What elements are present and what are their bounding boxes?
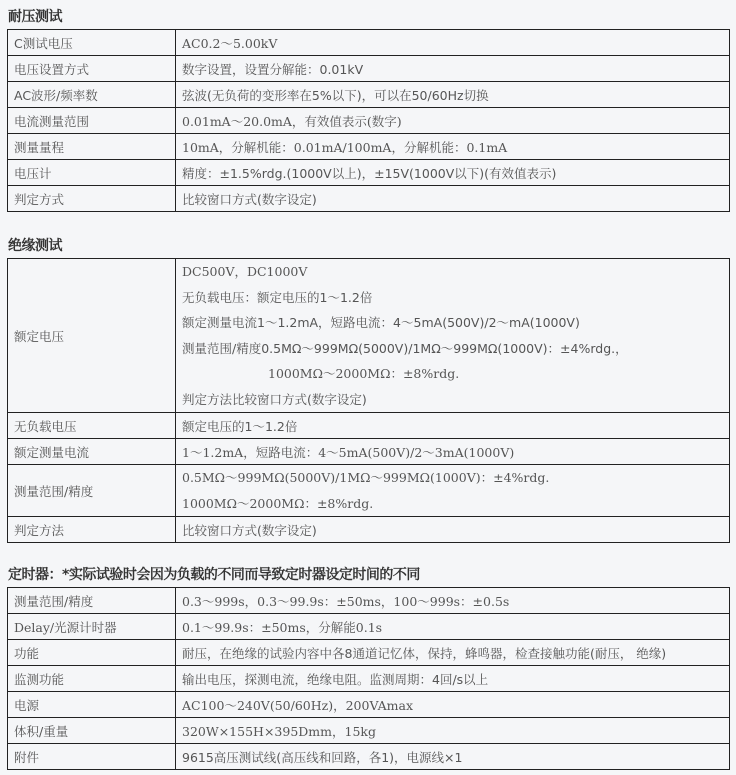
- table-row: 额定电压 DC500V，DC1000V 无负载电压：额定电压的1～1.2倍 额定…: [8, 259, 730, 413]
- table-row: 电压计 精度：±1.5%rdg.(1000V以上)，±15V(1000V以下)(…: [8, 160, 730, 186]
- section-title-insulation: 绝缘测试: [8, 235, 62, 255]
- row-value: 10mA，分解机能：0.01mA/100mA，分解机能：0.1mA: [176, 134, 730, 160]
- row-value: 弦波(无负荷的变形率在5%以下)，可以在50/60Hz切换: [176, 82, 730, 108]
- table-row: 额定测量电流 1～1.2mA，短路电流：4～5mA(500V)/2～3mA(10…: [8, 439, 730, 465]
- row-value: 比较窗口方式(数字设定): [176, 186, 730, 212]
- row-label: 额定电压: [8, 259, 176, 413]
- row-label: 附件: [8, 744, 176, 770]
- section-title-withstand: 耐压测试: [8, 6, 62, 26]
- row-label: 测量范围/精度: [8, 588, 176, 614]
- table-row: 判定方法 比较窗口方式(数字设定): [8, 517, 730, 543]
- table-row: 附件 9615高压测试线(高压线和回路，各1)，电源线×1: [8, 744, 730, 770]
- row-label: 额定测量电流: [8, 439, 176, 465]
- row-value: 0.1～99.9s：±50ms，分解能0.1s: [176, 614, 730, 640]
- table-row: 测量范围/精度 0.3～999s，0.3～99.9s：±50ms，100～999…: [8, 588, 730, 614]
- row-value: 320W×155H×395Dmm，15kg: [176, 718, 730, 744]
- table-row: Delay/光源计时器 0.1～99.9s：±50ms，分解能0.1s: [8, 614, 730, 640]
- table-row: 监测功能 输出电压，探测电流，绝缘电阻。监测周期：4回/s以上: [8, 666, 730, 692]
- row-label: 测量量程: [8, 134, 176, 160]
- row-value: 0.3～999s，0.3～99.9s：±50ms，100～999s：±0.5s: [176, 588, 730, 614]
- rated-voltage-details: DC500V，DC1000V 无负载电压：额定电压的1～1.2倍 额定测量电流1…: [176, 259, 730, 413]
- row-value: 输出电压，探测电流，绝缘电阻。监测周期：4回/s以上: [176, 666, 730, 692]
- row-value: 9615高压测试线(高压线和回路，各1)，电源线×1: [176, 744, 730, 770]
- detail-line: 1000MΩ～2000MΩ：±8%rdg.: [182, 491, 723, 517]
- table-row: 电流测量范围 0.01mA～20.0mA，有效值表示(数字): [8, 108, 730, 134]
- row-label: Delay/光源计时器: [8, 614, 176, 640]
- table-row: 体积/重量 320W×155H×395Dmm，15kg: [8, 718, 730, 744]
- row-value: 数字设置，设置分解能：0.01kV: [176, 56, 730, 82]
- table-row: 电源 AC100～240V(50/60Hz)，200VAmax: [8, 692, 730, 718]
- row-label: 无负载电压: [8, 413, 176, 439]
- table-row: 测量量程 10mA，分解机能：0.01mA/100mA，分解机能：0.1mA: [8, 134, 730, 160]
- row-value: 1～1.2mA，短路电流：4～5mA(500V)/2～3mA(1000V): [176, 439, 730, 465]
- row-label: 测量范围/精度: [8, 465, 176, 517]
- detail-line: 1000MΩ～2000MΩ：±8%rdg.: [182, 361, 723, 387]
- table-row: 测量范围/精度 0.5MΩ～999MΩ(5000V)/1MΩ～999MΩ(100…: [8, 465, 730, 517]
- row-value: 耐压，在绝缘的试验内容中各8通道记忆体，保持，蜂鸣器，检查接触功能(耐压， 绝缘…: [176, 640, 730, 666]
- row-label: 电压计: [8, 160, 176, 186]
- row-label: AC波形/频率数: [8, 82, 176, 108]
- table-row: C测试电压 AC0.2～5.00kV: [8, 30, 730, 56]
- row-value: AC0.2～5.00kV: [176, 30, 730, 56]
- table-row: AC波形/频率数 弦波(无负荷的变形率在5%以下)，可以在50/60Hz切换: [8, 82, 730, 108]
- row-label: C测试电压: [8, 30, 176, 56]
- row-label: 电压设置方式: [8, 56, 176, 82]
- row-label: 判定方式: [8, 186, 176, 212]
- range-accuracy-details: 0.5MΩ～999MΩ(5000V)/1MΩ～999MΩ(1000V)：±4%r…: [176, 465, 730, 517]
- table-row: 电压设置方式 数字设置，设置分解能：0.01kV: [8, 56, 730, 82]
- row-label: 判定方法: [8, 517, 176, 543]
- row-label: 体积/重量: [8, 718, 176, 744]
- detail-line: DC500V，DC1000V: [182, 259, 723, 285]
- row-value: AC100～240V(50/60Hz)，200VAmax: [176, 692, 730, 718]
- detail-line: 测量范围/精度0.5MΩ～999MΩ(5000V)/1MΩ～999MΩ(1000…: [182, 336, 723, 362]
- timer-spec-table: 测量范围/精度 0.3～999s，0.3～99.9s：±50ms，100～999…: [7, 587, 730, 770]
- table-row: 功能 耐压，在绝缘的试验内容中各8通道记忆体，保持，蜂鸣器，检查接触功能(耐压，…: [8, 640, 730, 666]
- detail-line: 额定测量电流1～1.2mA，短路电流：4～5mA(500V)/2～mA(1000…: [182, 310, 723, 336]
- detail-line: 判定方法比较窗口方式(数字设定): [182, 387, 723, 413]
- detail-line: 0.5MΩ～999MΩ(5000V)/1MΩ～999MΩ(1000V)：±4%r…: [182, 465, 723, 491]
- insulation-spec-table: 额定电压 DC500V，DC1000V 无负载电压：额定电压的1～1.2倍 额定…: [7, 258, 730, 543]
- row-label: 监测功能: [8, 666, 176, 692]
- table-row: 无负载电压 额定电压的1～1.2倍: [8, 413, 730, 439]
- table-row: 判定方式 比较窗口方式(数字设定): [8, 186, 730, 212]
- withstand-spec-table: C测试电压 AC0.2～5.00kV 电压设置方式 数字设置，设置分解能：0.0…: [7, 29, 730, 212]
- row-value: 比较窗口方式(数字设定): [176, 517, 730, 543]
- row-value: 0.01mA～20.0mA，有效值表示(数字): [176, 108, 730, 134]
- row-label: 电源: [8, 692, 176, 718]
- detail-line: 无负载电压：额定电压的1～1.2倍: [182, 285, 723, 311]
- row-label: 电流测量范围: [8, 108, 176, 134]
- section-title-timer: 定时器：*实际试验时会因为负载的不同而导致定时器设定时间的不同: [8, 564, 420, 584]
- row-value: 额定电压的1～1.2倍: [176, 413, 730, 439]
- row-label: 功能: [8, 640, 176, 666]
- row-value: 精度：±1.5%rdg.(1000V以上)，±15V(1000V以下)(有效值表…: [176, 160, 730, 186]
